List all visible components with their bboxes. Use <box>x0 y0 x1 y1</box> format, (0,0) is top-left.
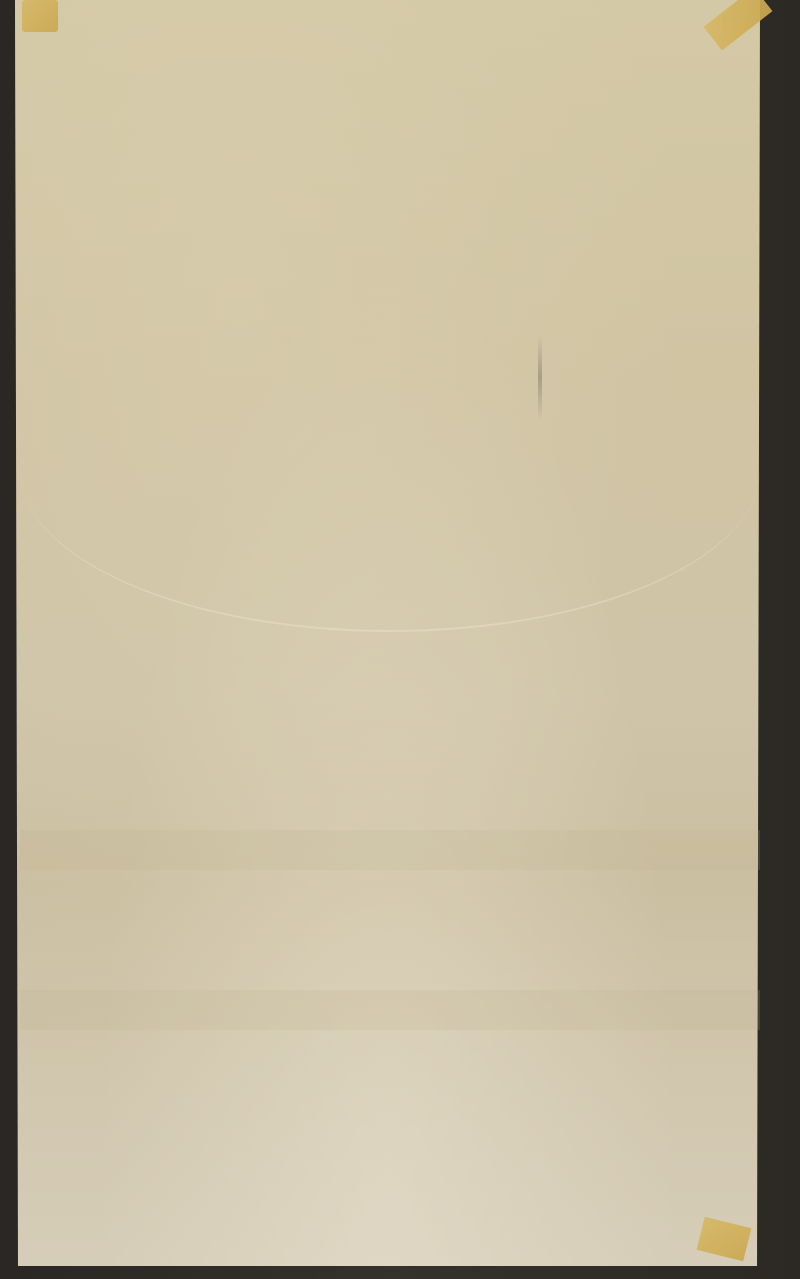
paper-smudge-mark <box>538 335 542 420</box>
paper-texture-band <box>20 830 760 870</box>
tape-top-left <box>22 0 58 32</box>
paper-sheet <box>15 0 760 1266</box>
paper-texture-band <box>20 990 760 1030</box>
